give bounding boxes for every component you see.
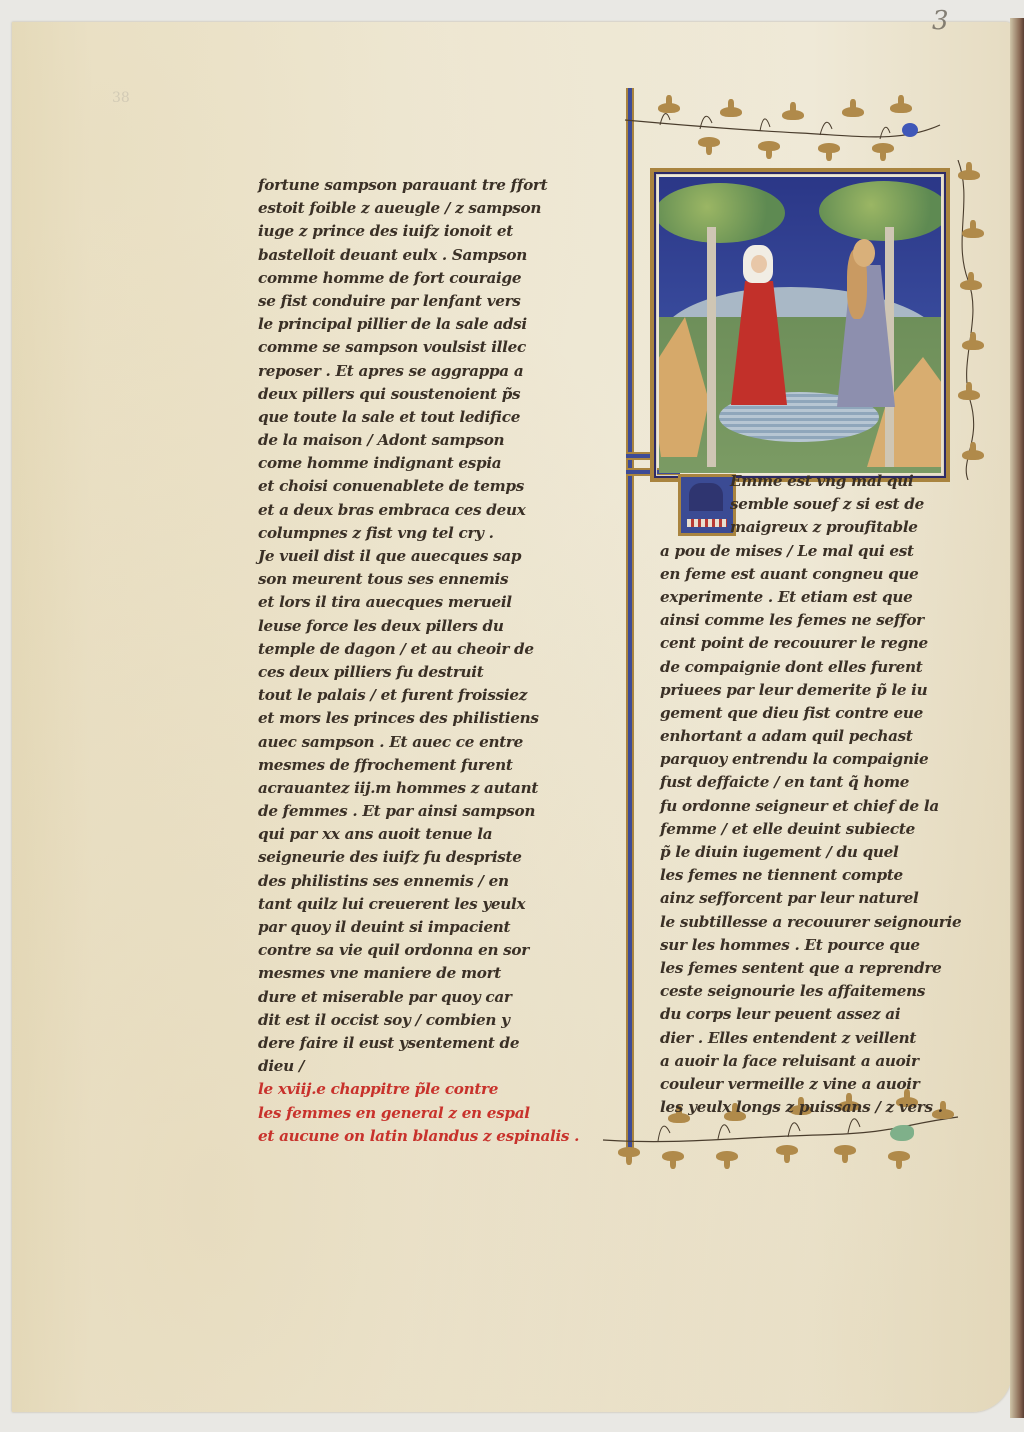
text-line: a pou de mises / Le mal qui est xyxy=(660,540,970,563)
figure-woman-grey-robe xyxy=(837,239,895,407)
text-line: priuees par leur demerite p̃ le iu xyxy=(660,679,970,702)
text-line: estoit foible z aueugle / z sampson xyxy=(258,197,598,220)
miniature-illustration xyxy=(650,168,950,482)
text-line: bastelloit deuant eulx . Sampson xyxy=(258,244,598,267)
text-line: auec sampson . Et auec ce entre xyxy=(258,731,598,754)
text-line: dure et miserable par quoy car xyxy=(258,986,598,1009)
text-line: reposer . Et apres se aggrappa a xyxy=(258,360,598,383)
text-line: seigneurie des iuifz fu despriste xyxy=(258,846,598,869)
text-line: les femes ne tiennent compte xyxy=(660,864,970,887)
right-vine-border xyxy=(948,160,988,480)
rubric-line: le xviij.e chappitre p̃le contre xyxy=(258,1078,598,1101)
text-line: experimente . Et etiam est que xyxy=(660,586,970,609)
text-line: gement que dieu fist contre eue xyxy=(660,702,970,725)
initial-band xyxy=(687,519,727,527)
text-line: le principal pillier de la sale adsi xyxy=(258,313,598,336)
top-vine-border xyxy=(620,95,950,155)
text-line: fust deffaicte / en tant q̃ home xyxy=(660,771,970,794)
text-line: dieu / xyxy=(258,1055,598,1078)
text-line: de compaignie dont elles furent xyxy=(660,656,970,679)
text-line: que toute la sale et tout ledifice xyxy=(258,406,598,429)
text-line: leuse force les deux pillers du xyxy=(258,615,598,638)
text-line: dere faire il eust ysentement de xyxy=(258,1032,598,1055)
text-line: du corps leur peuent assez ai xyxy=(660,1003,970,1026)
text-line: le subtillesse a recouurer seignourie xyxy=(660,911,970,934)
text-line: semble souef z si est de xyxy=(730,493,970,516)
figure-woman-red-robe xyxy=(729,245,787,405)
text-line: ceste seignourie les affaitemens xyxy=(660,980,970,1003)
page-gutter xyxy=(1010,18,1024,1418)
text-line: qui par xx ans auoit tenue la xyxy=(258,823,598,846)
text-line: tout le palais / et furent froissiez xyxy=(258,684,598,707)
blue-flower-icon xyxy=(902,123,918,137)
text-line: a auoir la face reluisant a auoir xyxy=(660,1050,970,1073)
text-line: ces deux pilliers fu destruit xyxy=(258,661,598,684)
text-line: et mors les princes des philistiens xyxy=(258,707,598,730)
text-line: les yeulx longs z puissans / z vers . xyxy=(660,1096,970,1119)
text-line: cent point de recouurer le regne xyxy=(660,632,970,655)
tree-left-trunk xyxy=(707,227,716,467)
vine-stem-icon xyxy=(948,160,988,480)
text-line: couleur vermeille z vine a auoir xyxy=(660,1073,970,1096)
text-line: dier . Elles entendent z veillent xyxy=(660,1027,970,1050)
text-line: comme se sampson voulsist illec xyxy=(258,336,598,359)
text-line: fu ordonne seigneur et chief de la xyxy=(660,795,970,818)
green-leaf-icon xyxy=(890,1125,914,1141)
text-line: Je vueil dist il que auecques sap xyxy=(258,545,598,568)
text-line: et choisi conuenablete de temps xyxy=(258,475,598,498)
rubric-line: et aucune on latin blandus z espinalis . xyxy=(258,1125,598,1148)
text-line: ainz sefforcent par leur naturel xyxy=(660,887,970,910)
text-line: et a deux bras embraca ces deux xyxy=(258,499,598,522)
text-line: par quoy il deuint si impacient xyxy=(258,916,598,939)
text-line: en feme est auant congneu que xyxy=(660,563,970,586)
text-line: des philistins ses ennemis / en xyxy=(258,870,598,893)
initial-face-icon xyxy=(689,483,723,511)
folio-number: 3 xyxy=(932,6,949,36)
text-line: les femes sentent que a reprendre xyxy=(660,957,970,980)
text-line: de femmes . Et par ainsi sampson xyxy=(258,800,598,823)
text-line: iuge z prince des iuifz ionoit et xyxy=(258,220,598,243)
text-line: tant quilz lui creuerent les yeulx xyxy=(258,893,598,916)
rubric-line: les femmes en general z en espal xyxy=(258,1102,598,1125)
text-line: son meurent tous ses ennemis xyxy=(258,568,598,591)
border-bar-vertical xyxy=(626,88,634,1148)
text-line: ainsi comme les femes ne seffor xyxy=(660,609,970,632)
text-line: temple de dagon / et au cheoir de xyxy=(258,638,598,661)
left-text-column: fortune sampson parauant tre ffortestoit… xyxy=(258,174,598,1148)
text-line: enhortant a adam quil pechast xyxy=(660,725,970,748)
text-line: mesmes vne maniere de mort xyxy=(258,962,598,985)
text-line: fortune sampson parauant tre ffort xyxy=(258,174,598,197)
text-line: comme homme de fort couraige xyxy=(258,267,598,290)
text-line: sur les hommes . Et pource que xyxy=(660,934,970,957)
text-line: p̃ le diuin iugement / du quel xyxy=(660,841,970,864)
right-text-column: Emme est vng mal quisemble souef z si es… xyxy=(730,470,970,1119)
text-line: Emme est vng mal qui xyxy=(730,470,970,493)
text-line: parquoy entrendu la compaignie xyxy=(660,748,970,771)
text-line: femme / et elle deuint subiecte xyxy=(660,818,970,841)
illuminated-initial xyxy=(678,474,736,536)
tree-left-foliage xyxy=(659,183,785,243)
text-line: et lors il tira auecques merueil xyxy=(258,591,598,614)
text-line: columpnes z fist vng tel cry . xyxy=(258,522,598,545)
text-line: se fist conduire par lenfant vers xyxy=(258,290,598,313)
text-line: deux pillers qui soustenoient p̃s xyxy=(258,383,598,406)
text-line: dit est il occist soy / combien y xyxy=(258,1009,598,1032)
text-line: maigreux z proufitable xyxy=(730,516,970,539)
text-line: de la maison / Adont sampson xyxy=(258,429,598,452)
text-line: come homme indignant espia xyxy=(258,452,598,475)
tree-right-foliage xyxy=(819,181,941,241)
text-line: acrauantez iij.m hommes z autant xyxy=(258,777,598,800)
text-line: mesmes de ffrochement furent xyxy=(258,754,598,777)
margin-mark: 38 xyxy=(112,90,130,106)
text-line: contre sa vie quil ordonna en sor xyxy=(258,939,598,962)
